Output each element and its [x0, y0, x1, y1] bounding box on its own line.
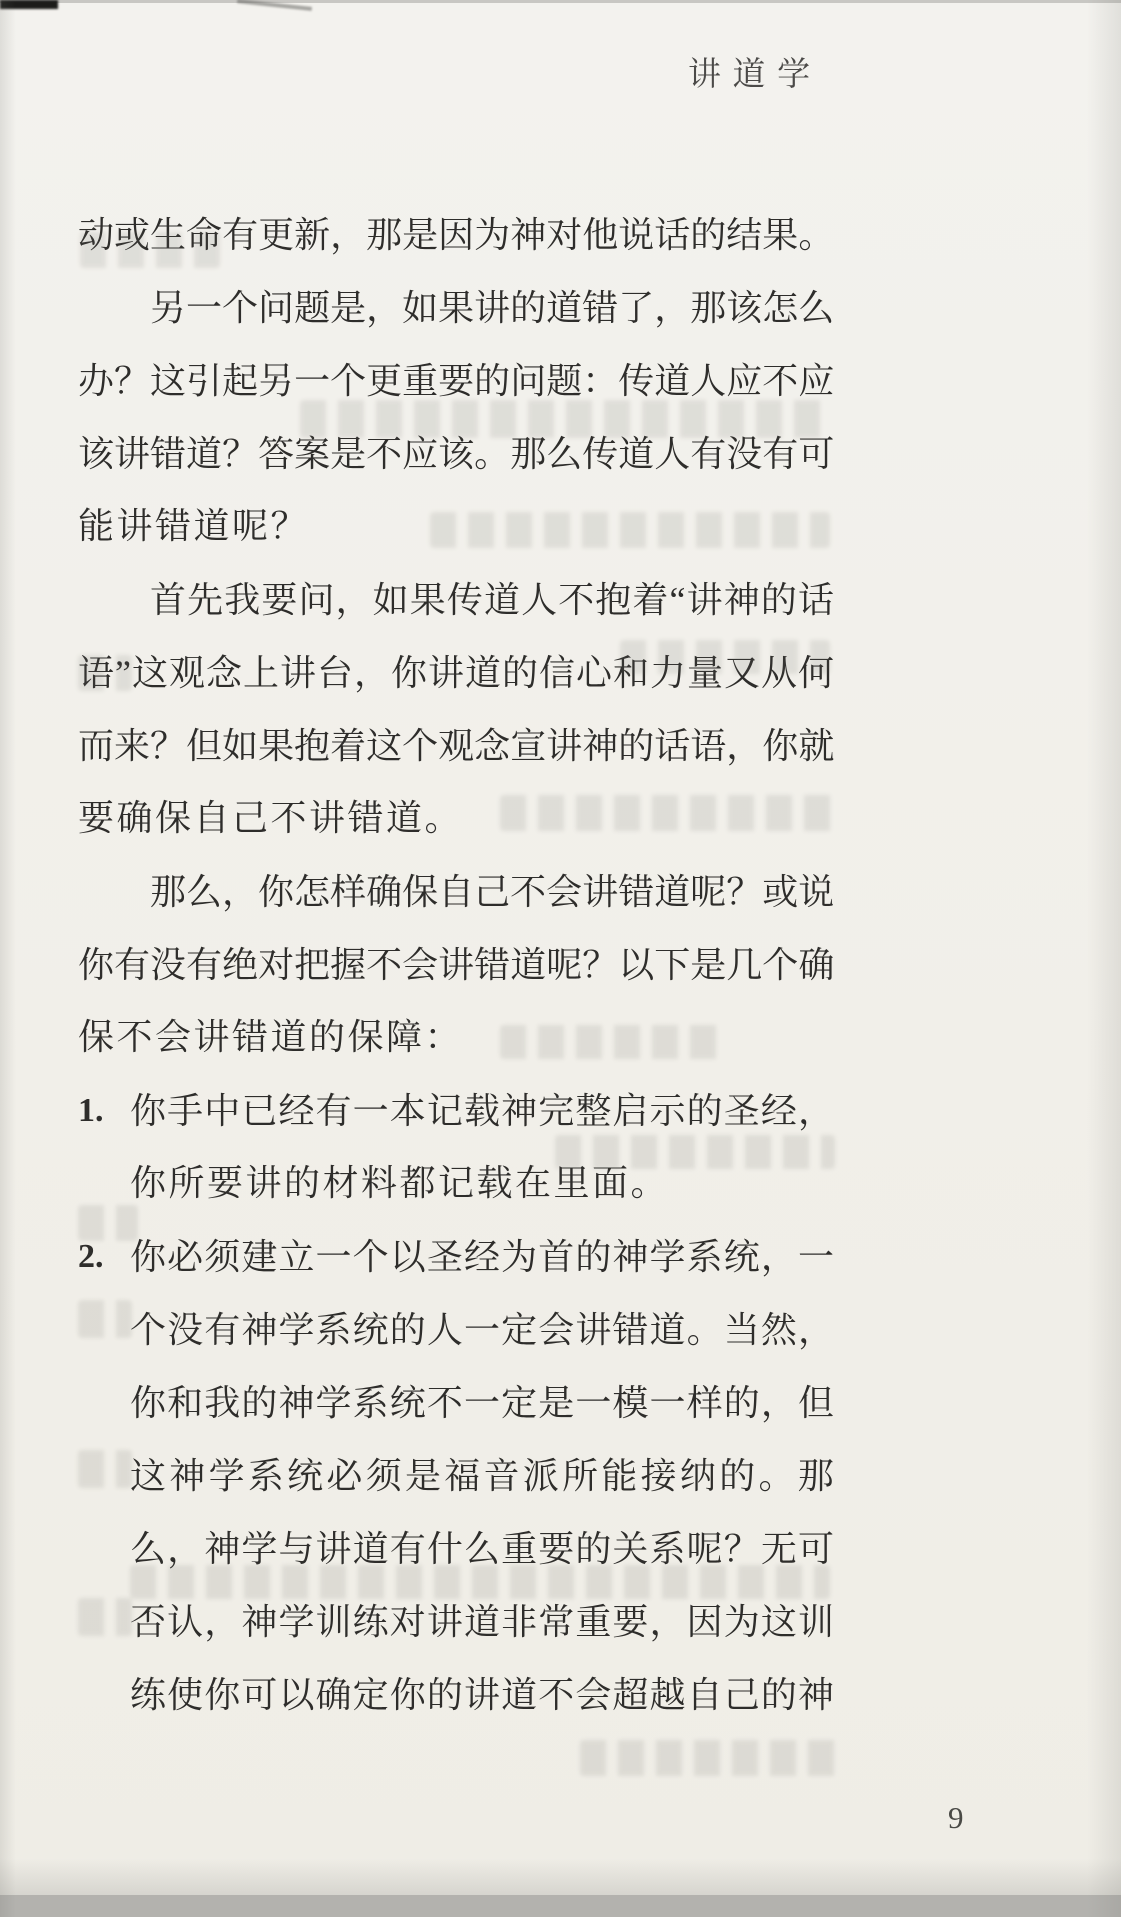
scan-right-shade [1087, 0, 1121, 1917]
bleedthrough-artifact [580, 1740, 840, 1776]
paragraph: 首先我要问，如果传道人不抱着“讲神的话语”这观念上讲台，你讲道的信心和力量又从何… [78, 563, 834, 855]
scan-left-shade [0, 0, 16, 1917]
paragraph: 另一个问题是，如果讲的道错了，那该怎么办？这引起另一个更重要的问题：传道人应不应… [78, 271, 834, 563]
scan-bottom-fade [0, 1858, 1121, 1895]
list-item: 1.你手中已经有一本记载神完整启示的圣经，你所要讲的材料都记载在里面。 [78, 1074, 834, 1220]
running-head: 讲道学 [688, 48, 822, 95]
text-line: 么，神学与讲道有什么重要的关系呢？无可 [130, 1512, 834, 1585]
text-line: 这神学系统必须是福音派所能接纳的。那 [130, 1439, 834, 1512]
page-number: 9 [948, 1800, 964, 1836]
text-line: 个没有神学系统的人一定会讲错道。当然， [130, 1293, 834, 1366]
list-number: 1. [78, 1074, 104, 1147]
text-line: 该讲错道？答案是不应该。那么传道人有没有可 [78, 417, 834, 490]
text-line: 办？这引起另一个更重要的问题：传道人应不应 [78, 344, 834, 417]
text-line: 你和我的神学系统不一定是一模一样的，但 [130, 1366, 834, 1439]
text-line: 那么，你怎样确保自己不会讲错道呢？或说 [78, 855, 834, 928]
text-block: 动或生命有更新，那是因为神对他说话的结果。另一个问题是，如果讲的道错了，那该怎么… [78, 198, 834, 1731]
text-line: 要确保自己不讲错道。 [78, 782, 834, 855]
scan-top-edge [0, 0, 1121, 3]
book-page: 讲道学 动或生命有更新，那是因为神对他说话的结果。另一个问题是，如果讲的道错了，… [0, 0, 1121, 1917]
text-line: 语”这观念上讲台，你讲道的信心和力量又从何 [78, 636, 834, 709]
paragraph: 那么，你怎样确保自己不会讲错道呢？或说你有没有绝对把握不会讲错道呢？以下是几个确… [78, 855, 834, 1074]
text-line: 你有没有绝对把握不会讲错道呢？以下是几个确 [78, 928, 834, 1001]
text-line: 能讲错道呢？ [78, 490, 834, 563]
text-line: 你手中已经有一本记载神完整启示的圣经， [130, 1074, 834, 1147]
list-item: 2.你必须建立一个以圣经为首的神学系统，一个没有神学系统的人一定会讲错道。当然，… [78, 1220, 834, 1731]
text-line: 而来？但如果抱着这个观念宣讲神的话语，你就 [78, 709, 834, 782]
scan-corner-mark [0, 0, 58, 9]
paragraph: 动或生命有更新，那是因为神对他说话的结果。 [78, 198, 834, 271]
text-line: 否认，神学训练对讲道非常重要，因为这训 [130, 1585, 834, 1658]
scan-streak [237, 0, 312, 11]
text-line: 另一个问题是，如果讲的道错了，那该怎么 [78, 271, 834, 344]
text-line: 你所要讲的材料都记载在里面。 [130, 1147, 834, 1220]
text-line: 动或生命有更新，那是因为神对他说话的结果。 [78, 198, 834, 271]
text-line: 练使你可以确定你的讲道不会超越自己的神 [130, 1658, 834, 1731]
text-line: 你必须建立一个以圣经为首的神学系统，一 [130, 1220, 834, 1293]
text-line: 保不会讲错道的保障： [78, 1001, 834, 1074]
text-line: 首先我要问，如果传道人不抱着“讲神的话 [78, 563, 834, 636]
list-number: 2. [78, 1220, 104, 1293]
scan-bottom-band [0, 1895, 1121, 1917]
